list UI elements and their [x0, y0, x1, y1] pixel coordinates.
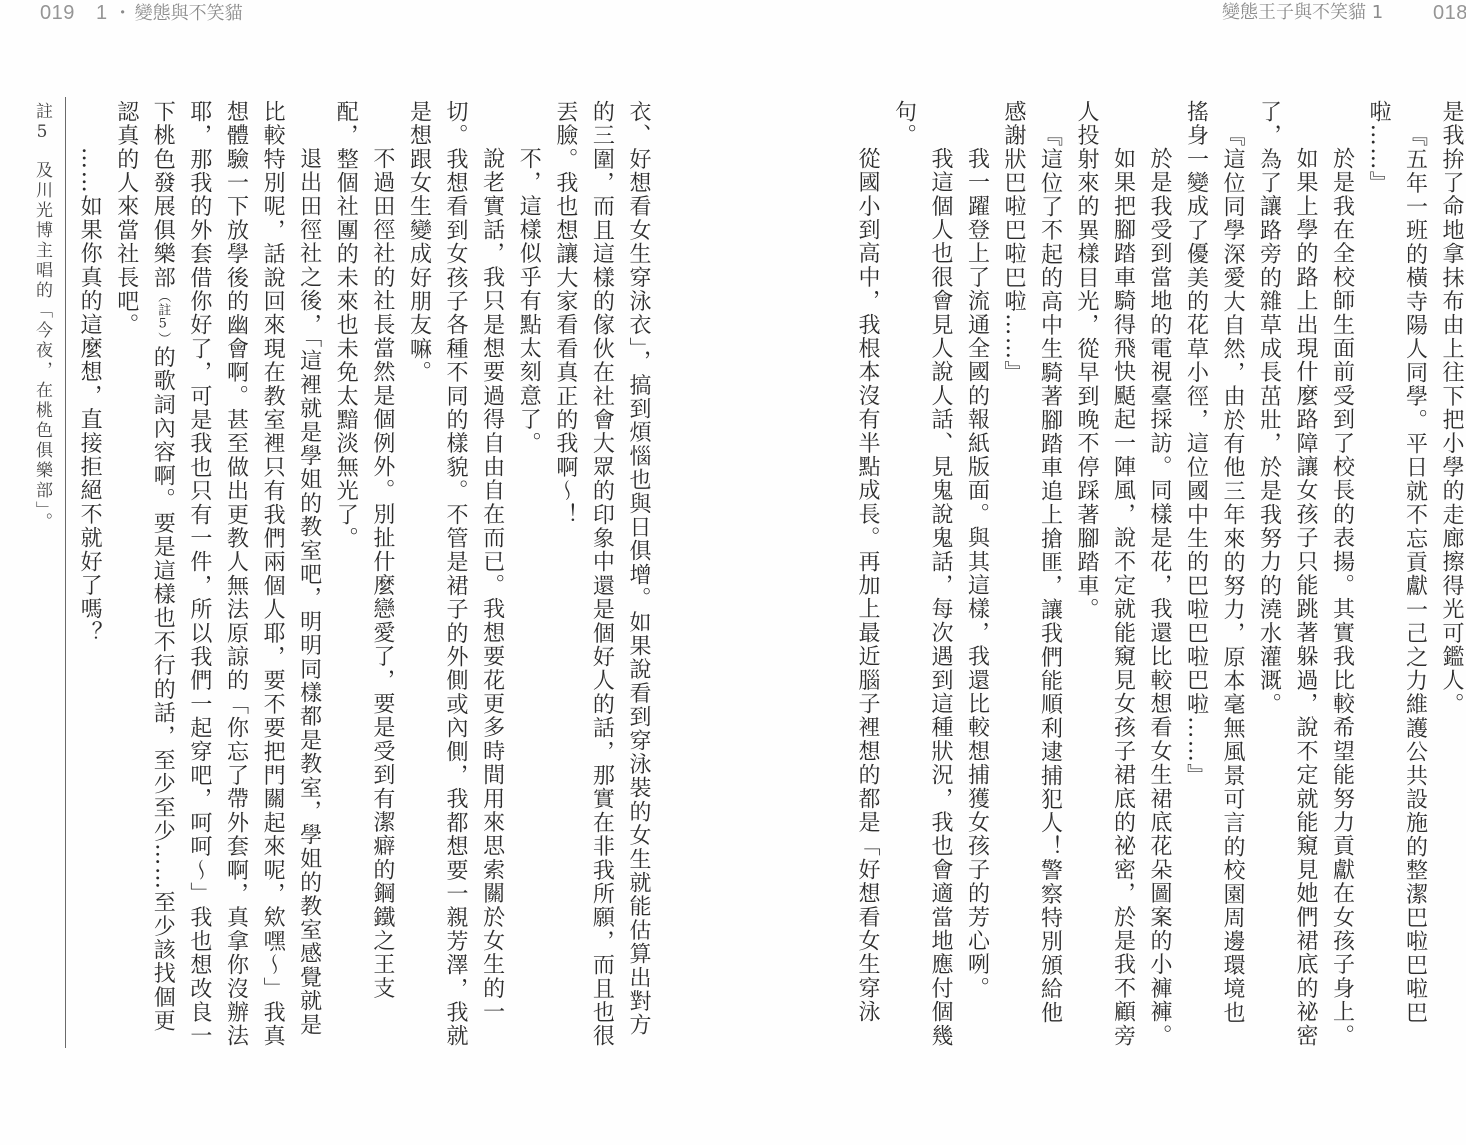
footnote-divider-rule — [65, 97, 66, 1048]
footnote-number: 5 — [32, 122, 52, 145]
text-column: 搖身一變成了優美的花草小徑，這位國中生的巴啦巴啦巴啦……』 — [1177, 100, 1214, 1052]
text-column: 我這個人也很會見人說人話、見鬼說鬼話，每次遇到這種狀況，我也會適當地應付個幾 — [922, 100, 959, 1052]
footnote-reference: （註5） — [155, 290, 170, 346]
text-column: 『這位了不起的高中生騎著腳踏車追上搶匪，讓我們能順利逮捕犯人！警察特別頒給他 — [1031, 100, 1068, 1052]
footnote-text: 及川光博主唱的「今夜，在桃色俱樂部」。 — [32, 161, 52, 533]
text-column: 耶，那我的外套借你好了，可是我也只有一件，所以我們一起穿吧，呵呵～」我也想改良一 — [180, 100, 217, 1052]
note-ref-label: 註 — [155, 303, 170, 317]
text-column: 啦……』 — [1360, 100, 1397, 1052]
text-column: 認真的人來當社長吧。 — [107, 100, 144, 1052]
note-ref-number: 5 — [155, 317, 170, 333]
text-column: 句。 — [885, 100, 922, 1052]
text-column: 切。我想看到女孩子各種不同的樣貌。不管是裙子的外側或內側，我都想要一親芳澤，我就 — [436, 100, 473, 1052]
text-column: 的三圍，而且這樣的傢伙在社會大眾的印象中還是個好人的話，那實在非我所願，而且也很 — [583, 100, 620, 1052]
text-column: 『五年一班的橫寺陽人同學。平日就不忘貢獻一己之力維護公共設施的整潔巴啦巴啦巴 — [1396, 100, 1433, 1052]
text-column: 是我拚了命地拿抹布由上往下把小學的走廊擦得光可鑑人。 — [1433, 100, 1466, 1052]
text-column: 比較特別呢，話說回來現在教室裡只有我們兩個人耶，要不要把門關起來呢，欸嘿～」我真 — [253, 100, 290, 1052]
text-column: 從國小到高中，我根本沒有半點成長。再加上最近腦子裡想的都是「好想看女生穿泳 — [849, 100, 886, 1052]
text-column: ……如果你真的這麼想，直接拒絕不就好了嗎？ — [71, 100, 108, 1052]
text-column: 說老實話，我只是想要過得自由自在而已。我想要花更多時間用來思索關於女生的一 — [473, 100, 510, 1052]
text-column: 於是我在全校師生面前受到了校長的表揚。其實我比較希望能努力貢獻在女孩子身上。 — [1323, 100, 1360, 1052]
text-column: 我一躍登上了流通全國的報紙版面。與其這樣，我還比較想捕獲女孩子的芳心咧。 — [958, 100, 995, 1052]
text-column: 丟臉。我也想讓大家看看真正的我啊～！ — [546, 100, 583, 1052]
left-page-text: 衣、好想看女生穿泳衣」，搞到煩惱也與日俱增。如果說看到穿泳裝的女生就能估算出對方… — [70, 100, 656, 1052]
left-page-number: 019 — [40, 0, 75, 26]
text-column: 如果上學的路上出現什麼路障讓女孩子只能跳著躲過，說不定就能窺見她們裙底的祕密 — [1287, 100, 1324, 1052]
text-column: 想體驗一下放學後的幽會啊。甚至做出更教人無法原諒的「你忘了帶外套啊，真拿你沒辦法 — [217, 100, 254, 1052]
text-column: 感謝狀巴啦巴啦巴啦……』 — [995, 100, 1032, 1052]
text-column: 衣、好想看女生穿泳衣」，搞到煩惱也與日俱增。如果說看到穿泳裝的女生就能估算出對方 — [619, 100, 656, 1052]
text-column: 不，這樣似乎有點太刻意了。 — [510, 100, 547, 1052]
footnote: 註5及川光博主唱的「今夜，在桃色俱樂部」。 — [30, 102, 54, 533]
column-text-after: 的歌詞內容啊。要是這樣也不行的話，至少至少……至少該找個更 — [150, 346, 175, 1033]
note-ref-open: （ — [155, 290, 170, 304]
footnote-label: 註 — [32, 102, 52, 122]
text-column: 人投射來的異樣目光，從早到晚不停踩著腳踏車。 — [1068, 100, 1105, 1052]
text-column: 如果把腳踏車騎得飛快颳起一陣風，說不定就能窺見女孩子裙底的祕密，於是我不顧旁 — [1104, 100, 1141, 1052]
text-column: 『這位同學深愛大自然，由於有他三年來的努力，原本毫無風景可言的校園周邊環境也 — [1214, 100, 1251, 1052]
text-column: 退出田徑社之後，「這裡就是學姐的教室吧，明明同樣都是教室，學姐的教室感覺就是 — [290, 100, 327, 1052]
chapter-title: 變態與不笑貓 — [135, 3, 243, 24]
text-column: 配，整個社團的未來也未免太黯淡無光了。 — [327, 100, 364, 1052]
right-page-number: 018 — [1433, 0, 1466, 26]
text-column: 於是我受到當地的電視臺採訪。同樣是花，我還比較想看女生裙底花朵圖案的小褲褲。 — [1141, 100, 1178, 1052]
note-ref-close: ） — [155, 332, 170, 346]
book-title-running-head: 變態王子與不笑貓 1 — [1222, 0, 1383, 26]
text-column: 是想跟女生變成好朋友嘛。 — [400, 100, 437, 1052]
text-column-with-note-ref: 下桃色發展俱樂部（註5）的歌詞內容啊。要是這樣也不行的話，至少至少……至少該找個… — [144, 100, 181, 1052]
text-column: 不過田徑社的社長當然是個例外。別扯什麼戀愛了，要是受到有潔癖的鋼鐵之王支 — [363, 100, 400, 1052]
chapter-number: 1 — [96, 2, 108, 24]
chapter-separator: ・ — [114, 3, 132, 24]
chapter-running-head: 1・變態與不笑貓 — [96, 0, 243, 27]
text-column: 了，為了讓路旁的雜草成長茁壯，於是我努力的澆水灌溉。 — [1250, 100, 1287, 1052]
column-text: 下桃色發展俱樂部 — [150, 100, 175, 290]
right-page-text: 是我拚了命地拿抹布由上往下把小學的走廊擦得光可鑑人。 『五年一班的橫寺陽人同學。… — [848, 100, 1466, 1052]
